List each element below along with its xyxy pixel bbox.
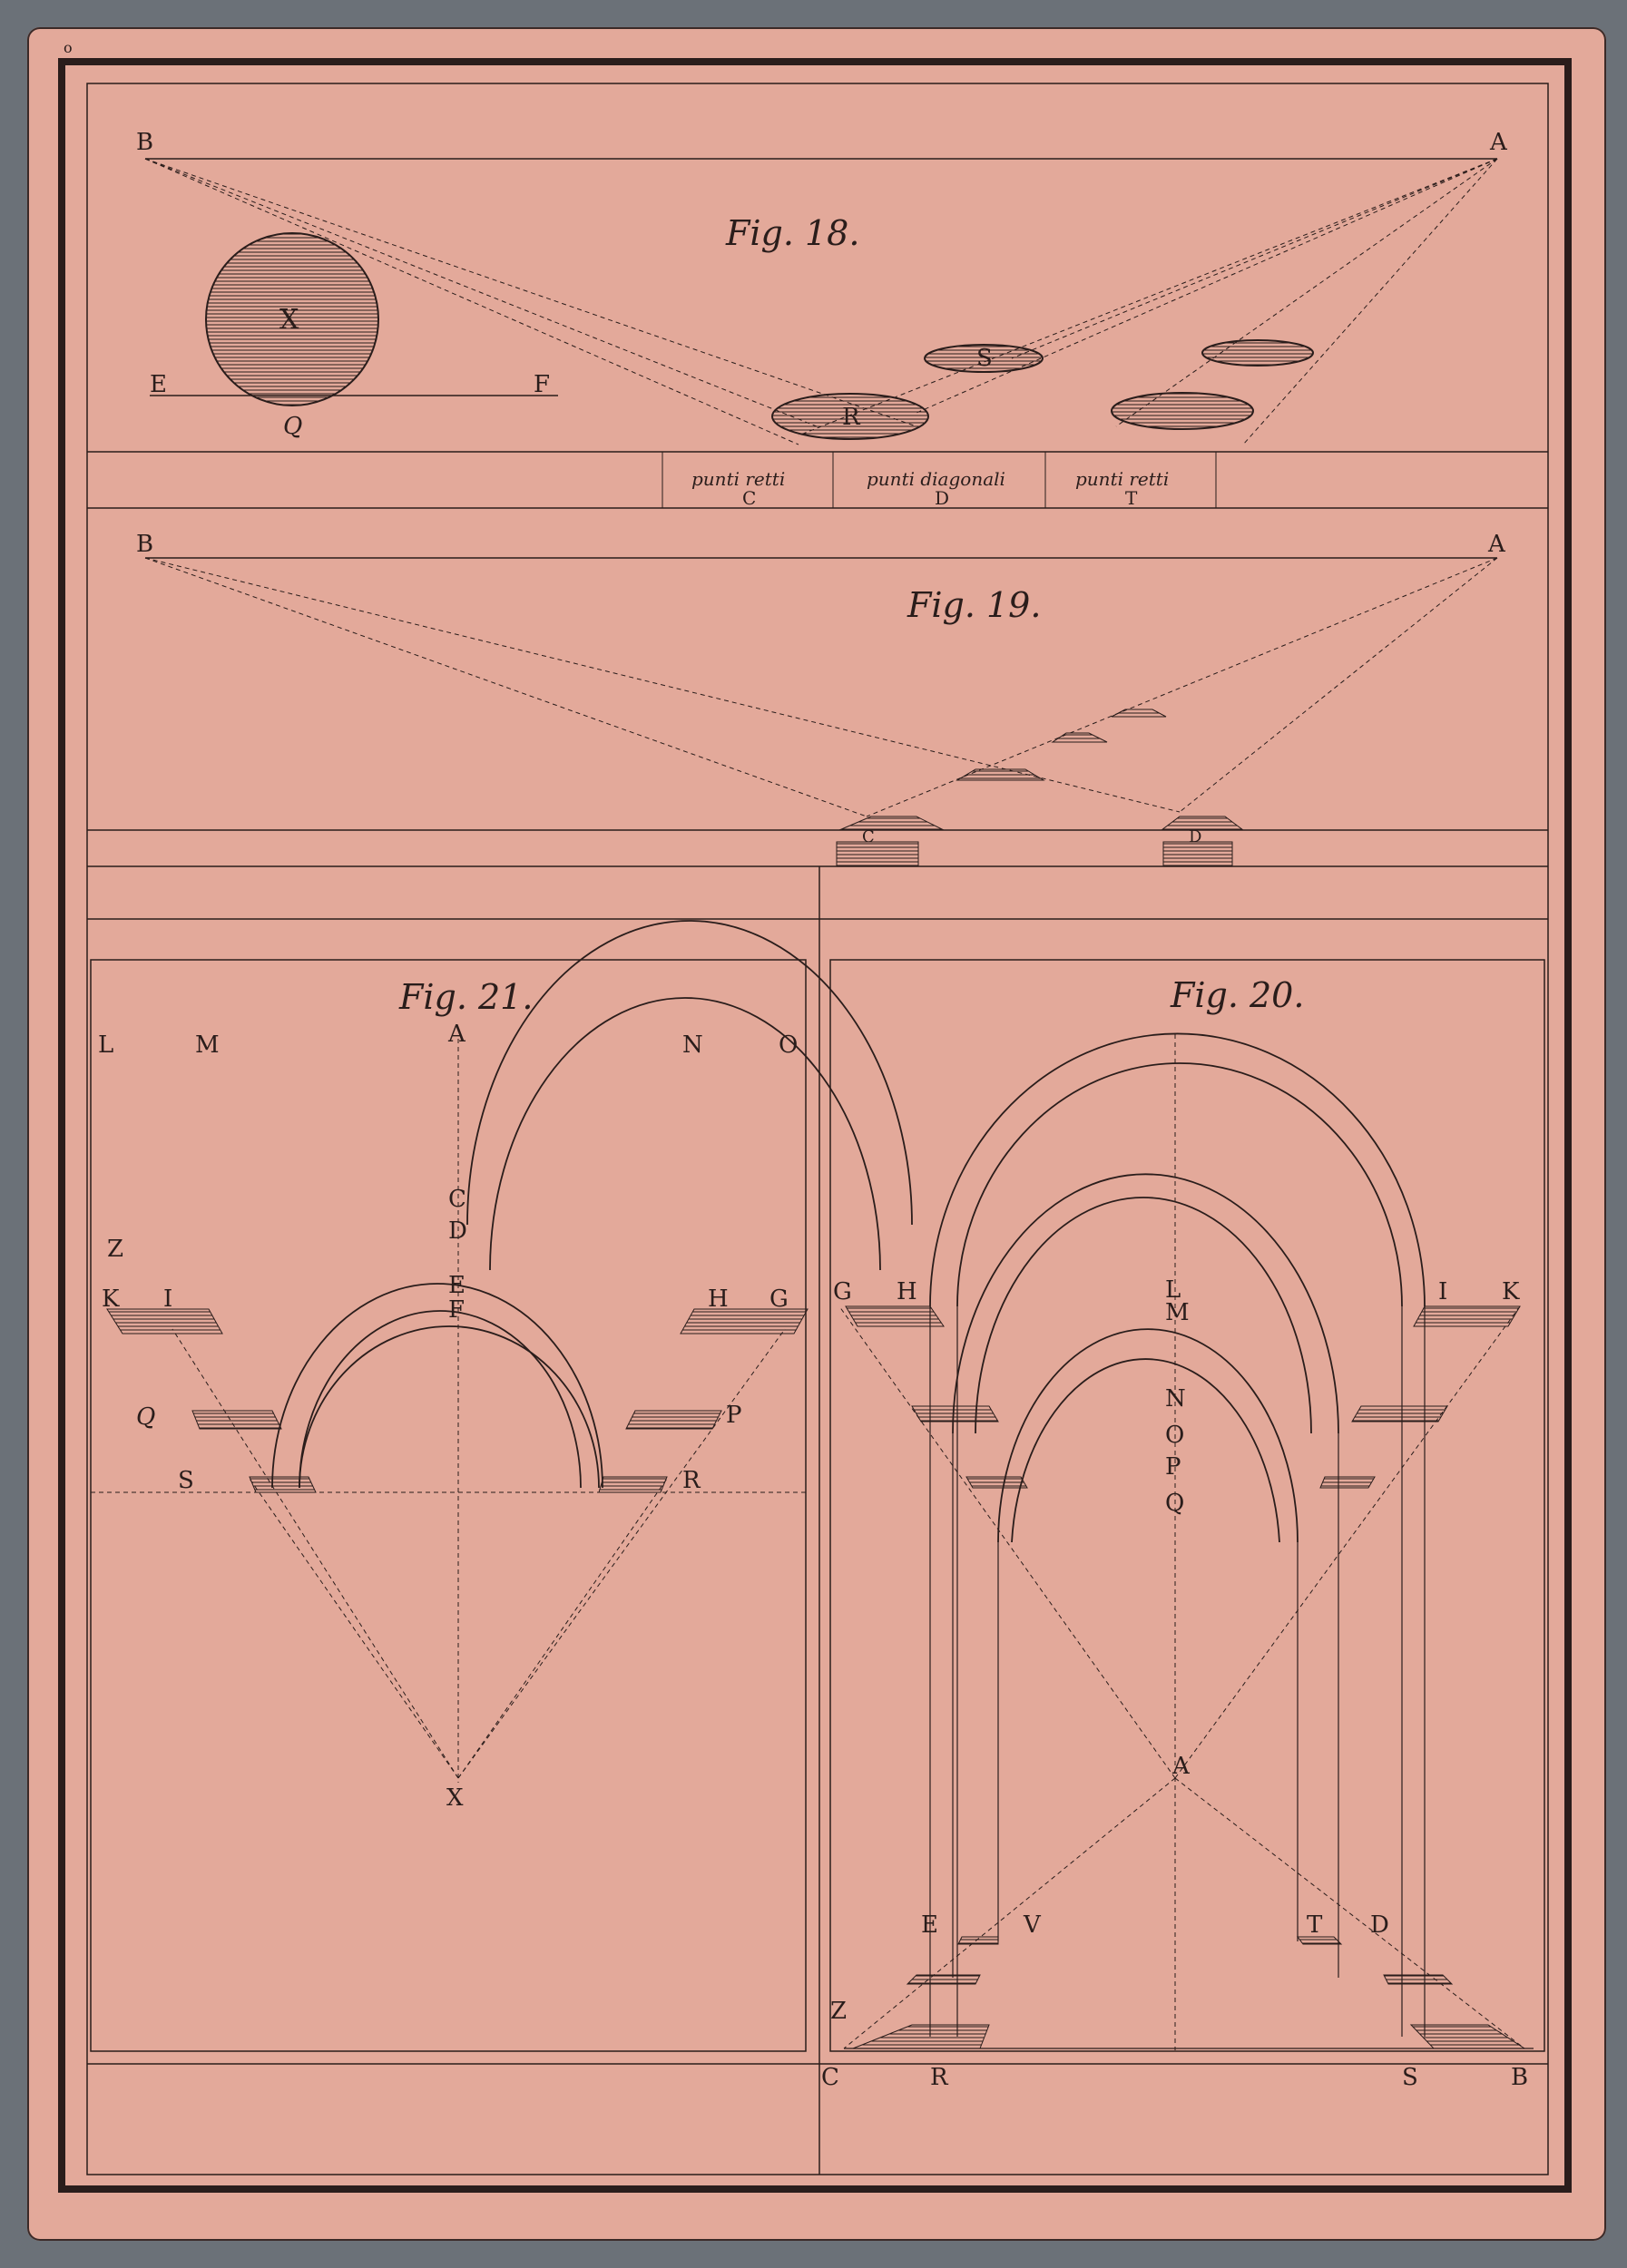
fig20-point-K: K <box>1502 1278 1520 1305</box>
fig21-point-M: M <box>195 1031 220 1059</box>
fig20-point-H: H <box>897 1278 917 1305</box>
fig21-point-D: D <box>448 1217 467 1245</box>
fig20-base-R: R <box>930 2064 949 2091</box>
fig21-point-A: A <box>447 1021 466 1048</box>
fig20-point-T: T <box>1307 1911 1323 1939</box>
fig19-point-A: A <box>1487 531 1506 558</box>
fig18-letter-T: T <box>1125 487 1138 509</box>
fig21-point-I: I <box>163 1286 172 1313</box>
fig21-point-Q: Q <box>136 1403 155 1431</box>
fig18-title: Fig. 18. <box>725 213 859 253</box>
fig21-point-P: P <box>726 1402 742 1429</box>
fig21-point-L: L <box>98 1031 113 1059</box>
fig21-point-C: C <box>448 1186 466 1213</box>
fig19-base-C: C <box>862 827 875 846</box>
fig21-point-N: N <box>682 1031 703 1059</box>
fig18-caption-T: punti retti <box>1075 468 1169 490</box>
corner-mark: o <box>64 39 73 56</box>
fig20-point-D: D <box>1370 1911 1389 1939</box>
fig20-point-V: V <box>1023 1911 1042 1939</box>
fig20-base-S: S <box>1402 2064 1418 2091</box>
fig20-vanishing-A: A <box>1171 1753 1191 1780</box>
fig18-ellipse-S: S <box>976 345 993 372</box>
fig20-point-G: G <box>833 1278 852 1305</box>
fig20-base-C: C <box>821 2064 839 2091</box>
fig18-point-A: A <box>1489 129 1508 156</box>
fig21-vanishing-X: X <box>446 1784 464 1812</box>
fig21-point-S: S <box>178 1467 194 1494</box>
fig18-point-B: B <box>136 129 153 156</box>
fig18-point-E: E <box>150 371 167 398</box>
fig20-point-O: O <box>1165 1422 1184 1449</box>
fig20-point-M: M <box>1165 1299 1190 1326</box>
engraving: o Fig. 18. B A X E F Q R S punti retti C… <box>0 0 1627 2268</box>
fig20-point-P: P <box>1165 1453 1181 1481</box>
fig18-circle-X: X <box>279 304 299 336</box>
fig20-point-Q: Q <box>1165 1490 1184 1517</box>
fig20-point-E: E <box>921 1911 938 1939</box>
fig19-point-B: B <box>136 531 153 558</box>
fig21-point-F: F <box>448 1296 465 1324</box>
fig21-point-H: H <box>708 1286 729 1313</box>
fig20-point-I: I <box>1438 1278 1447 1305</box>
fig18-point-F: F <box>534 371 550 398</box>
fig21-point-E: E <box>448 1272 466 1299</box>
fig21-point-R: R <box>682 1467 701 1494</box>
fig18-caption-C: punti retti <box>691 468 785 490</box>
fig18-letter-D: D <box>935 487 949 509</box>
fig20-title: Fig. 20. <box>1170 975 1304 1015</box>
fig21-title: Fig. 21. <box>398 977 533 1017</box>
fig21-point-O: O <box>779 1031 798 1059</box>
fig19-base-D: D <box>1189 827 1201 846</box>
fig18-letter-C: C <box>742 487 756 509</box>
fig21-point-K: K <box>102 1286 120 1313</box>
fig20-base-B: B <box>1511 2064 1528 2091</box>
fig20-point-N: N <box>1165 1385 1186 1413</box>
fig18-ellipse-R: R <box>842 404 861 431</box>
fig21-point-Z: Z <box>107 1236 123 1263</box>
fig21-point-G: G <box>769 1286 789 1313</box>
fig18-point-Q: Q <box>283 413 302 440</box>
fig20-point-Z: Z <box>830 1998 847 2025</box>
fig19-title: Fig. 19. <box>907 585 1041 625</box>
